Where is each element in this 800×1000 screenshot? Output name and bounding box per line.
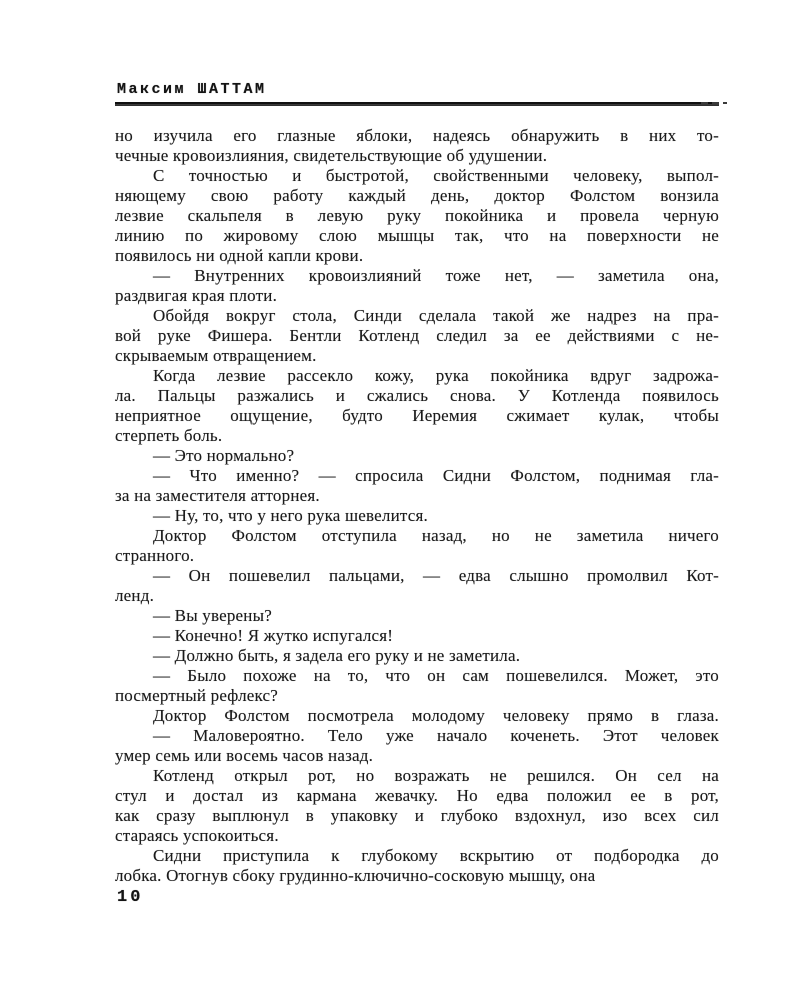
paragraph: — Было похоже на то, что он сам пошевели… xyxy=(115,666,719,706)
paragraph: — Ну, то, что у него рука шевелится. xyxy=(115,506,719,526)
text-line: за на заместителя атторнея. xyxy=(115,486,719,506)
text-line: — Конечно! Я жутко испугался! xyxy=(115,626,719,646)
text-line: раздвигая края плоти. xyxy=(115,286,719,306)
text-line: Котленд открыл рот, но возражать не реши… xyxy=(115,766,719,786)
text-line: стул и достал из кармана жевачку. Но едв… xyxy=(115,786,719,806)
text-line: — Было похоже на то, что он сам пошевели… xyxy=(115,666,719,686)
text-line: посмертный рефлекс? xyxy=(115,686,719,706)
paragraph: — Вы уверены? xyxy=(115,606,719,626)
paragraph: С точностью и быстротой, свойственными ч… xyxy=(115,166,719,266)
paragraph: Доктор Фолстом отступила назад, но не за… xyxy=(115,526,719,566)
paragraph: Когда лезвие рассекло кожу, рука покойни… xyxy=(115,366,719,446)
text-line: стерпеть боль. xyxy=(115,426,719,446)
text-line: лобка. Отогнув сбоку грудинно-ключично-с… xyxy=(115,866,719,886)
text-line: — Это нормально? xyxy=(115,446,719,466)
paragraph: — Что именно? — спросила Сидни Фолстом, … xyxy=(115,466,719,506)
running-header-author: Максим ШАТТАМ xyxy=(117,81,267,98)
book-page: Максим ШАТТАМ но изучила его глазные ябл… xyxy=(0,0,800,1000)
text-line: но изучила его глазные яблоки, надеясь о… xyxy=(115,126,719,146)
text-line: как сразу выплюнул в упаковку и глубоко … xyxy=(115,806,719,826)
text-line: — Вы уверены? xyxy=(115,606,719,626)
text-line: вой руке Фишера. Бентли Котленд следил з… xyxy=(115,326,719,346)
text-line: линию по жировому слою мышцы так, что на… xyxy=(115,226,719,246)
paragraph: Сидни приступила к глубокому вскрытию от… xyxy=(115,846,719,886)
text-line: — Что именно? — спросила Сидни Фолстом, … xyxy=(115,466,719,486)
text-line: — Должно быть, я задела его руку и не за… xyxy=(115,646,719,666)
header-rule xyxy=(115,102,719,106)
text-line: умер семь или восемь часов назад. xyxy=(115,746,719,766)
text-line: чечные кровоизлияния, свидетельствующие … xyxy=(115,146,719,166)
text-line: Обойдя вокруг стола, Синди сделала такой… xyxy=(115,306,719,326)
text-line: появилось ни одной капли крови. xyxy=(115,246,719,266)
text-line: Доктор Фолстом отступила назад, но не за… xyxy=(115,526,719,546)
text-line: Доктор Фолстом посмотрела молодому челов… xyxy=(115,706,719,726)
text-line: Сидни приступила к глубокому вскрытию от… xyxy=(115,846,719,866)
page-number: 10 xyxy=(117,888,143,907)
text-line: ла. Пальцы разжались и сжались снова. У … xyxy=(115,386,719,406)
paragraph: — Внутренних кровоизлияний тоже нет, — з… xyxy=(115,266,719,306)
paragraph: — Это нормально? xyxy=(115,446,719,466)
text-line: няющему свою работу каждый день, доктор … xyxy=(115,186,719,206)
paragraph: но изучила его глазные яблоки, надеясь о… xyxy=(115,126,719,166)
text-line: — Внутренних кровоизлияний тоже нет, — з… xyxy=(115,266,719,286)
text-line: неприятное ощущение, будто Иеремия сжима… xyxy=(115,406,719,426)
body-text: но изучила его глазные яблоки, надеясь о… xyxy=(115,126,719,886)
text-line: — Ну, то, что у него рука шевелится. xyxy=(115,506,719,526)
paragraph: Обойдя вокруг стола, Синди сделала такой… xyxy=(115,306,719,366)
text-line: С точностью и быстротой, свойственными ч… xyxy=(115,166,719,186)
text-line: ленд. xyxy=(115,586,719,606)
paragraph: — Он пошевелил пальцами, — едва слышно п… xyxy=(115,566,719,606)
text-line: стараясь успокоиться. xyxy=(115,826,719,846)
text-line: — Он пошевелил пальцами, — едва слышно п… xyxy=(115,566,719,586)
text-line: скрываемым отвращением. xyxy=(115,346,719,366)
paragraph: — Маловероятно. Тело уже начало коченеть… xyxy=(115,726,719,766)
paragraph: Котленд открыл рот, но возражать не реши… xyxy=(115,766,719,846)
text-line: странного. xyxy=(115,546,719,566)
text-line: — Маловероятно. Тело уже начало коченеть… xyxy=(115,726,719,746)
paragraph: Доктор Фолстом посмотрела молодому челов… xyxy=(115,706,719,726)
text-line: лезвие скальпеля в левую руку покойника … xyxy=(115,206,719,226)
text-line: Когда лезвие рассекло кожу, рука покойни… xyxy=(115,366,719,386)
paragraph: — Конечно! Я жутко испугался! xyxy=(115,626,719,646)
paragraph: — Должно быть, я задела его руку и не за… xyxy=(115,646,719,666)
